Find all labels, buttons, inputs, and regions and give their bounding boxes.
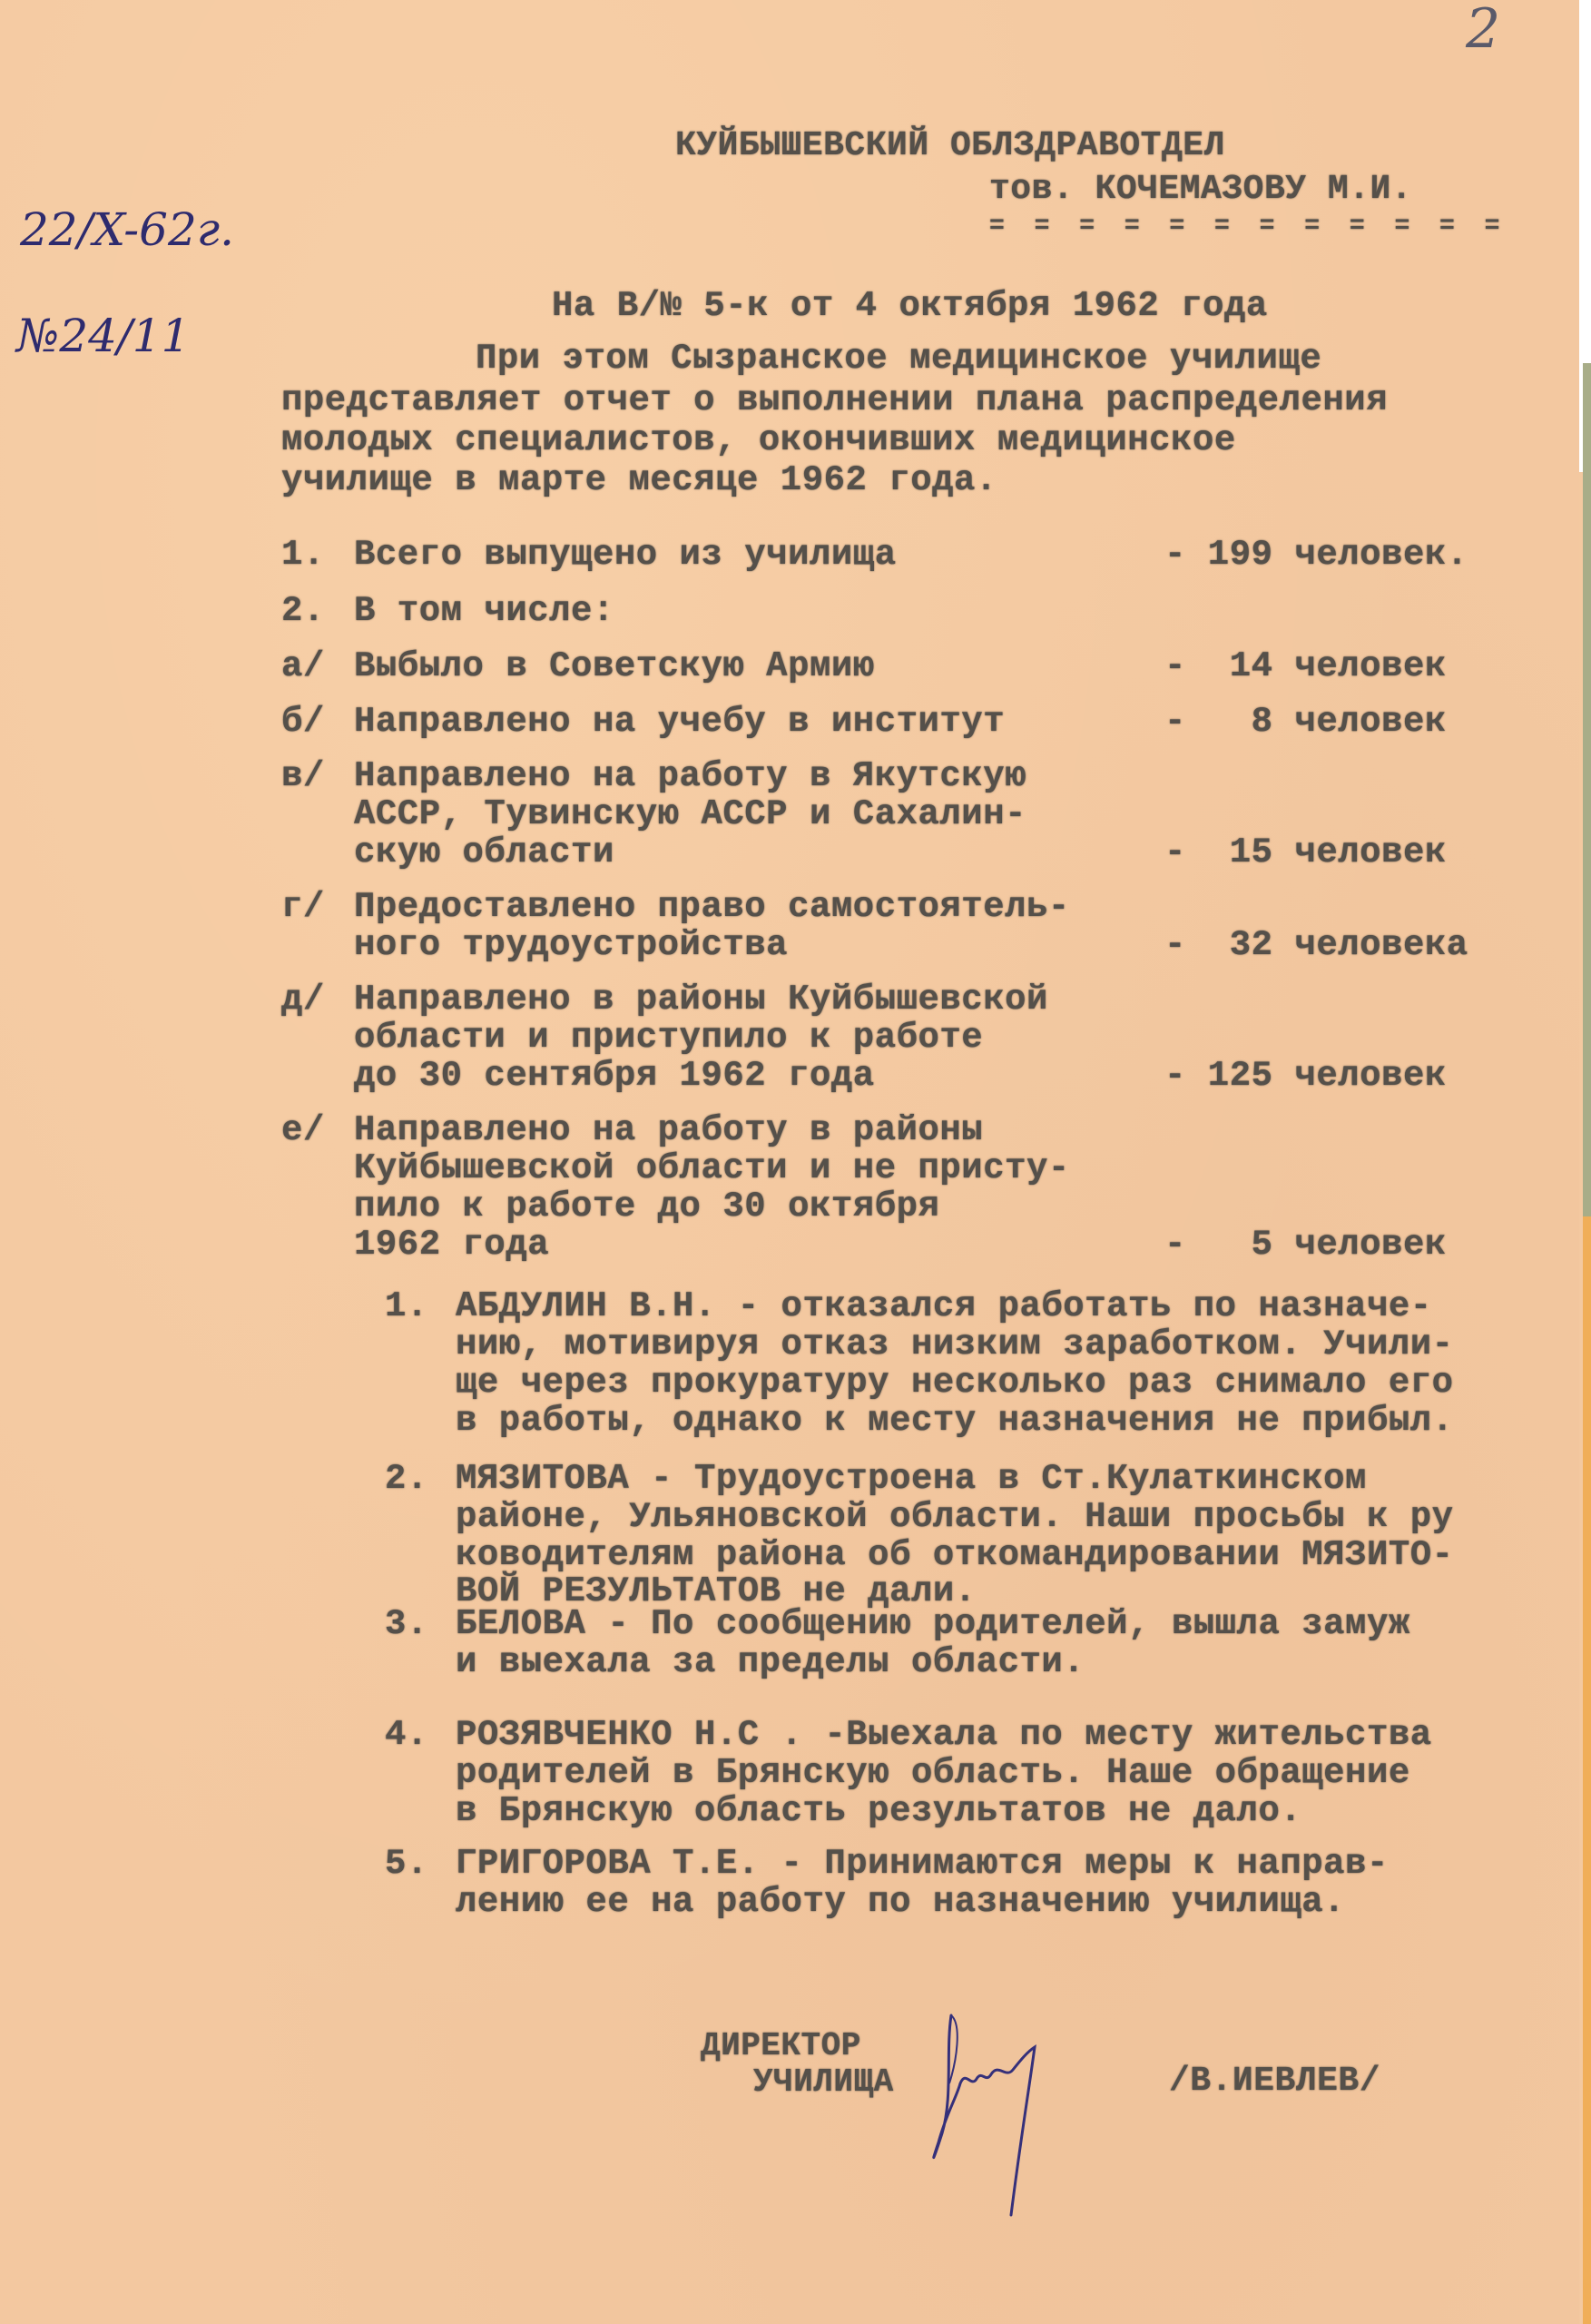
note-text: БЕЛОВА - По сообщению родителей, вышла з… [456,1607,1410,1642]
item-marker: а/ [281,649,325,684]
note-text: РОЗЯВЧЕНКО Н.С . -Выехала по месту жител… [456,1718,1432,1753]
item-value: - 15 человек [1164,835,1447,871]
item-marker: 1. [281,537,325,573]
handwritten-date: 22/X-62г. [20,207,234,252]
item-marker: д/ [281,982,325,1018]
scan-edge-green [1583,363,1591,1216]
item-text: 1962 года [354,1227,549,1263]
note-text: ководителям района об откомандировании М… [456,1538,1454,1573]
item-text: Направлено в районы Куйбышевской [354,982,1048,1018]
item-text: Всего выпущено из училища [354,537,897,573]
item-value: - 125 человек [1164,1059,1447,1094]
addressee-line2: тов. КОЧЕМАЗОВУ М.И. [989,172,1412,207]
intro-line: представляет отчет о выполнении плана ра… [281,383,1388,419]
note-text: лению ее на работу по назначению училища… [456,1885,1345,1920]
signatory-name: /В.ИЕВЛЕВ/ [1169,2064,1380,2099]
item-marker: в/ [281,759,325,794]
note-text: нию, мотивируя отказ низким заработком. … [456,1327,1454,1363]
item-text: Направлено на работу в Якутскую [354,759,1026,794]
note-text: ще через прокуратуру несколько раз снима… [456,1365,1454,1401]
item-text: Направлено на работу в районы [354,1113,983,1148]
item-text: Выбыло в Советскую Армию [354,649,875,684]
item-text: Куйбышевской области и не присту- [354,1151,1070,1187]
note-marker: 5. [385,1846,428,1882]
item-text: Направлено на учебу в институт [354,704,1005,740]
item-marker: 2. [281,594,325,629]
note-text: районе, Ульяновской области. Наши просьб… [456,1500,1454,1535]
signatory-title: ДИРЕКТОР [701,2030,861,2063]
intro-line: училище в марте месяце 1962 года. [281,463,997,498]
item-marker: е/ [281,1113,325,1148]
note-text: ГРИГОРОВА Т.Е. - Принимаются меры к напр… [456,1846,1389,1882]
item-text: АССР, Тувинскую АССР и Сахалин- [354,797,1026,832]
item-value: - 199 человек. [1164,537,1468,573]
handwritten-signature-icon [926,1997,1162,2233]
note-text: родителей в Брянскую область. Наше обращ… [456,1756,1410,1791]
item-text: скую области [354,835,614,871]
item-text: пило к работе до 30 октября [354,1189,939,1225]
item-value: - 32 человека [1164,928,1468,963]
item-text: Предоставлено право самостоятель- [354,890,1070,925]
note-marker: 2. [385,1462,428,1497]
reference-line: На В/№ 5-к от 4 октября 1962 года [552,289,1268,324]
addressee-underline: = = = = = = = = = = = = [989,214,1507,240]
item-value: - 14 человек [1164,649,1447,684]
scan-edge-orange [1583,1216,1591,2324]
addressee-line1: КУЙБЫШЕВСКИЙ ОБЛЗДРАВОТДЕЛ [675,129,1225,163]
note-marker: 3. [385,1607,428,1642]
note-text: и выехала за пределы области. [456,1645,1085,1680]
item-text: области и приступило к работе [354,1020,983,1056]
intro-line: При этом Сызранское медицинское училище [476,341,1321,377]
page-number: 2 [1466,2,1500,56]
item-marker: б/ [281,704,325,740]
note-text: в работы, однако к месту назначения не п… [456,1403,1454,1439]
note-text: МЯЗИТОВА - Трудоустроена в Ст.Кулаткинск… [456,1462,1367,1497]
item-text: до 30 сентября 1962 года [354,1059,875,1094]
item-value: - 8 человек [1164,704,1447,740]
note-marker: 4. [385,1718,428,1753]
intro-line: молодых специалистов, окончивших медицин… [281,423,1236,458]
signatory-title: УЧИЛИЩА [753,2066,894,2099]
note-text: АБДУЛИН В.Н. - отказался работать по наз… [456,1289,1432,1324]
item-value: - 5 человек [1164,1227,1447,1263]
note-marker: 1. [385,1289,428,1324]
item-text: ного трудоустройства [354,928,788,963]
item-text: В том числе: [354,594,614,629]
handwritten-number: №24/11 [16,313,190,359]
item-marker: г/ [281,890,325,925]
note-text: в Брянскую область результатов не дало. [456,1794,1301,1829]
